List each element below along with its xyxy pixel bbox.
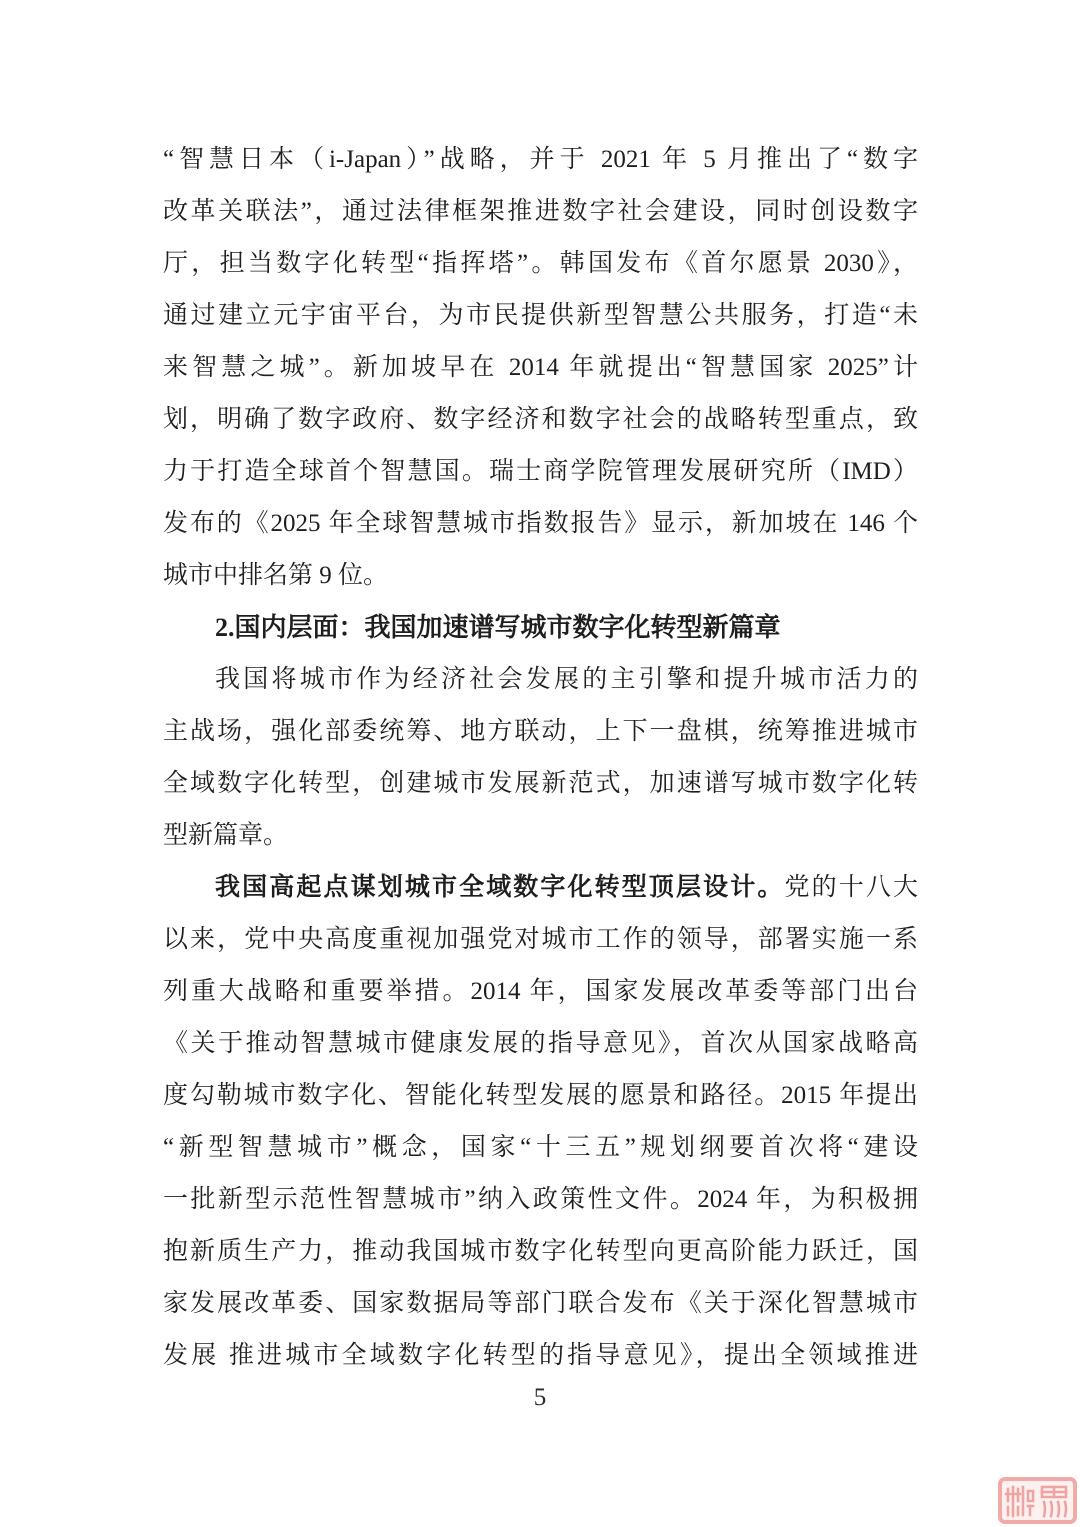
text-segment: 主战场，强化部委统筹、地方联动，上下一盘棋，统筹推进城市 xyxy=(163,718,918,745)
red-seal-watermark-icon xyxy=(998,1477,1077,1524)
text-segment: 通过建立元宇宙平台，为市民提供新型智慧公共服务，打造“未 xyxy=(163,302,918,329)
text-segment: “智慧日本（i-Japan）”战略，并于 2021 年 5 月推出了“数字 xyxy=(163,146,918,173)
text-segment: 城市中排名第 9 位。 xyxy=(163,562,388,589)
text-segment: 一批新型示范性智慧城市”纳入政策性文件。2024 年，为积极拥 xyxy=(163,1186,918,1213)
text-line: 发布的《2025 年全球智慧城市指数报告》显示，新加坡在 146 个 xyxy=(163,498,918,550)
text-segment: 党的十八大 xyxy=(785,874,918,901)
bold-text-segment: 我国高起点谋划城市全域数字化转型顶层设计。 xyxy=(215,874,785,901)
page-number: 5 xyxy=(0,1384,1080,1412)
text-segment: 改革关联法”，通过法律框架推进数字社会建设，同时创设数字 xyxy=(163,198,918,225)
section-heading: 2.国内层面：我国加速谱写城市数字化转型新篇章 xyxy=(163,602,918,654)
text-line: 主战场，强化部委统筹、地方联动，上下一盘棋，统筹推进城市 xyxy=(163,706,918,758)
text-segment: 型新篇章。 xyxy=(163,822,288,849)
text-segment: 发布的《2025 年全球智慧城市指数报告》显示，新加坡在 146 个 xyxy=(163,510,918,537)
text-line: 改革关联法”，通过法律框架推进数字社会建设，同时创设数字 xyxy=(163,186,918,238)
text-line: 发展 推进城市全域数字化转型的指导意见》，提出全领域推进 xyxy=(163,1330,918,1382)
text-line: 家发展改革委、国家数据局等部门联合发布《关于深化智慧城市 xyxy=(163,1278,918,1330)
text-line: 以来，党中央高度重视加强党对城市工作的领导，部署实施一系 xyxy=(163,914,918,966)
text-line: 我国高起点谋划城市全域数字化转型顶层设计。党的十八大 xyxy=(163,862,918,914)
text-segment: 全域数字化转型，创建城市发展新范式，加速谱写城市数字化转 xyxy=(163,770,918,797)
text-segment: 列重大战略和重要举措。2014 年，国家发展改革委等部门出台 xyxy=(163,978,918,1005)
text-line: “新型智慧城市”概念，国家“十三五”规划纲要首次将“建设 xyxy=(163,1122,918,1174)
text-segment: 厅，担当数字化转型“指挥塔”。韩国发布《首尔愿景 2030》， xyxy=(163,250,918,277)
text-segment: 家发展改革委、国家数据局等部门联合发布《关于深化智慧城市 xyxy=(163,1290,918,1317)
text-line: 度勾勒城市数字化、智能化转型发展的愿景和路径。2015 年提出 xyxy=(163,1070,918,1122)
text-line: 城市中排名第 9 位。 xyxy=(163,550,918,602)
text-line: 力于打造全球首个智慧国。瑞士商学院管理发展研究所（IMD） xyxy=(163,446,918,498)
document-page: “智慧日本（i-Japan）”战略，并于 2021 年 5 月推出了“数字改革关… xyxy=(0,0,1080,1527)
text-segment: 来智慧之城”。新加坡早在 2014 年就提出“智慧国家 2025”计 xyxy=(163,354,918,381)
text-segment: 力于打造全球首个智慧国。瑞士商学院管理发展研究所（IMD） xyxy=(163,458,918,485)
body-text: “智慧日本（i-Japan）”战略，并于 2021 年 5 月推出了“数字改革关… xyxy=(163,134,918,1382)
text-line: 厅，担当数字化转型“指挥塔”。韩国发布《首尔愿景 2030》， xyxy=(163,238,918,290)
text-line: 全域数字化转型，创建城市发展新范式，加速谱写城市数字化转 xyxy=(163,758,918,810)
text-line: 一批新型示范性智慧城市”纳入政策性文件。2024 年，为积极拥 xyxy=(163,1174,918,1226)
text-line: 来智慧之城”。新加坡早在 2014 年就提出“智慧国家 2025”计 xyxy=(163,342,918,394)
text-segment: 抱新质生产力，推动我国城市数字化转型向更高阶能力跃迁，国 xyxy=(163,1238,918,1265)
text-line: 《关于推动智慧城市健康发展的指导意见》，首次从国家战略高 xyxy=(163,1018,918,1070)
text-segment: 《关于推动智慧城市健康发展的指导意见》，首次从国家战略高 xyxy=(163,1030,918,1057)
text-line: 划，明确了数字政府、数字经济和数字社会的战略转型重点，致 xyxy=(163,394,918,446)
text-segment: “新型智慧城市”概念，国家“十三五”规划纲要首次将“建设 xyxy=(163,1134,918,1161)
text-line: 我国将城市作为经济社会发展的主引擎和提升城市活力的 xyxy=(163,654,918,706)
text-line: 抱新质生产力，推动我国城市数字化转型向更高阶能力跃迁，国 xyxy=(163,1226,918,1278)
text-segment: 以来，党中央高度重视加强党对城市工作的领导，部署实施一系 xyxy=(163,926,918,953)
text-segment: 划，明确了数字政府、数字经济和数字社会的战略转型重点，致 xyxy=(163,406,918,433)
text-segment: 发展 推进城市全域数字化转型的指导意见》，提出全领域推进 xyxy=(163,1342,918,1369)
text-segment: 我国将城市作为经济社会发展的主引擎和提升城市活力的 xyxy=(215,666,918,693)
text-line: 通过建立元宇宙平台，为市民提供新型智慧公共服务，打造“未 xyxy=(163,290,918,342)
text-line: 列重大战略和重要举措。2014 年，国家发展改革委等部门出台 xyxy=(163,966,918,1018)
text-line: “智慧日本（i-Japan）”战略，并于 2021 年 5 月推出了“数字 xyxy=(163,134,918,186)
bold-text-segment: 2.国内层面：我国加速谱写城市数字化转型新篇章 xyxy=(215,613,781,642)
text-segment: 度勾勒城市数字化、智能化转型发展的愿景和路径。2015 年提出 xyxy=(163,1082,918,1109)
text-line: 型新篇章。 xyxy=(163,810,918,862)
